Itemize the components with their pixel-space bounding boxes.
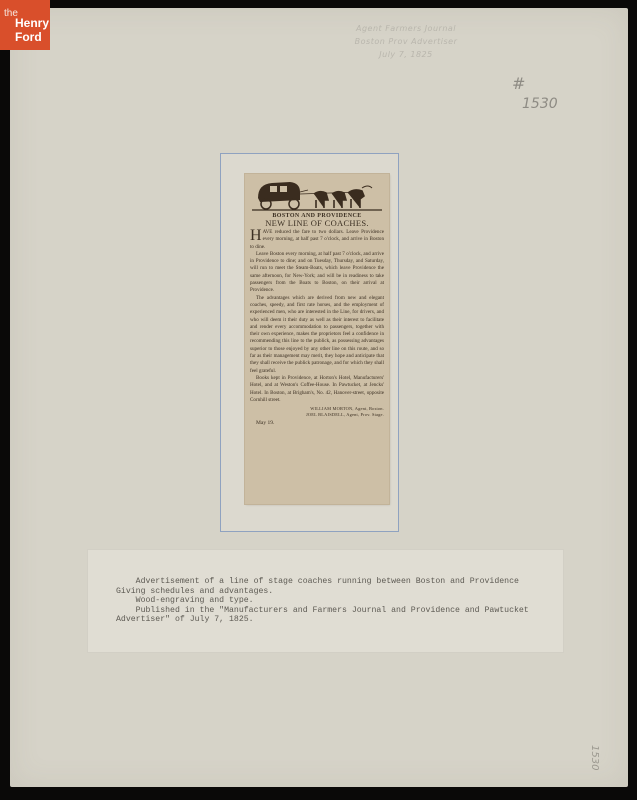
logo-text-ford: Ford bbox=[15, 31, 42, 43]
clipping-paragraph: Leave Boston every morning, at half past… bbox=[250, 251, 384, 295]
henry-ford-logo: the Henry Ford bbox=[0, 0, 50, 50]
clipping-signature: WILLIAM MORTON, Agent, Boston. JOEL BLAI… bbox=[250, 406, 384, 418]
typed-description-label: Advertisement of a line of stage coaches… bbox=[88, 550, 563, 652]
pencil-hash-mark: # bbox=[512, 74, 525, 93]
pencil-source-note: Agent Farmers Journal Boston Prov Advert… bbox=[316, 22, 496, 61]
clipping-heading-title: NEW LINE OF COACHES. bbox=[250, 219, 384, 228]
clipping-paragraph: The advantages which are derived from ne… bbox=[250, 295, 384, 375]
pencil-line: Agent Farmers Journal bbox=[316, 22, 496, 35]
label-line: Wood-engraving and type. bbox=[116, 596, 551, 606]
clipping-paragraph: AVE reduced the fare to two dollars. Lea… bbox=[250, 229, 384, 250]
label-line: Giving schedules and advantages. bbox=[116, 587, 551, 597]
clipping-paragraph: Books kept in Providence, at Horton's Ho… bbox=[250, 375, 384, 404]
clipping-body: HAVE reduced the fare to two dollars. Le… bbox=[250, 229, 384, 404]
pencil-line: July 7, 1825 bbox=[316, 48, 496, 61]
label-line: Published in the "Manufacturers and Farm… bbox=[116, 606, 551, 616]
pencil-corner-number: 1530 bbox=[589, 745, 600, 770]
pencil-catalog-number: 1530 bbox=[522, 96, 558, 112]
newspaper-clipping: BOSTON AND PROVIDENCE NEW LINE OF COACHE… bbox=[245, 174, 389, 504]
stagecoach-engraving-icon bbox=[250, 178, 384, 212]
signature-line: JOEL BLAISDELL, Agent, Prov. Stage. bbox=[250, 412, 384, 418]
pencil-line: Boston Prov Advertiser bbox=[316, 35, 496, 48]
clipping-date: May 19. bbox=[256, 420, 384, 426]
logo-text-henry: Henry bbox=[15, 17, 49, 29]
label-line: Advertiser" of July 7, 1825. bbox=[116, 615, 551, 625]
drop-cap: H bbox=[250, 229, 262, 243]
label-line: Advertisement of a line of stage coaches… bbox=[116, 577, 551, 587]
